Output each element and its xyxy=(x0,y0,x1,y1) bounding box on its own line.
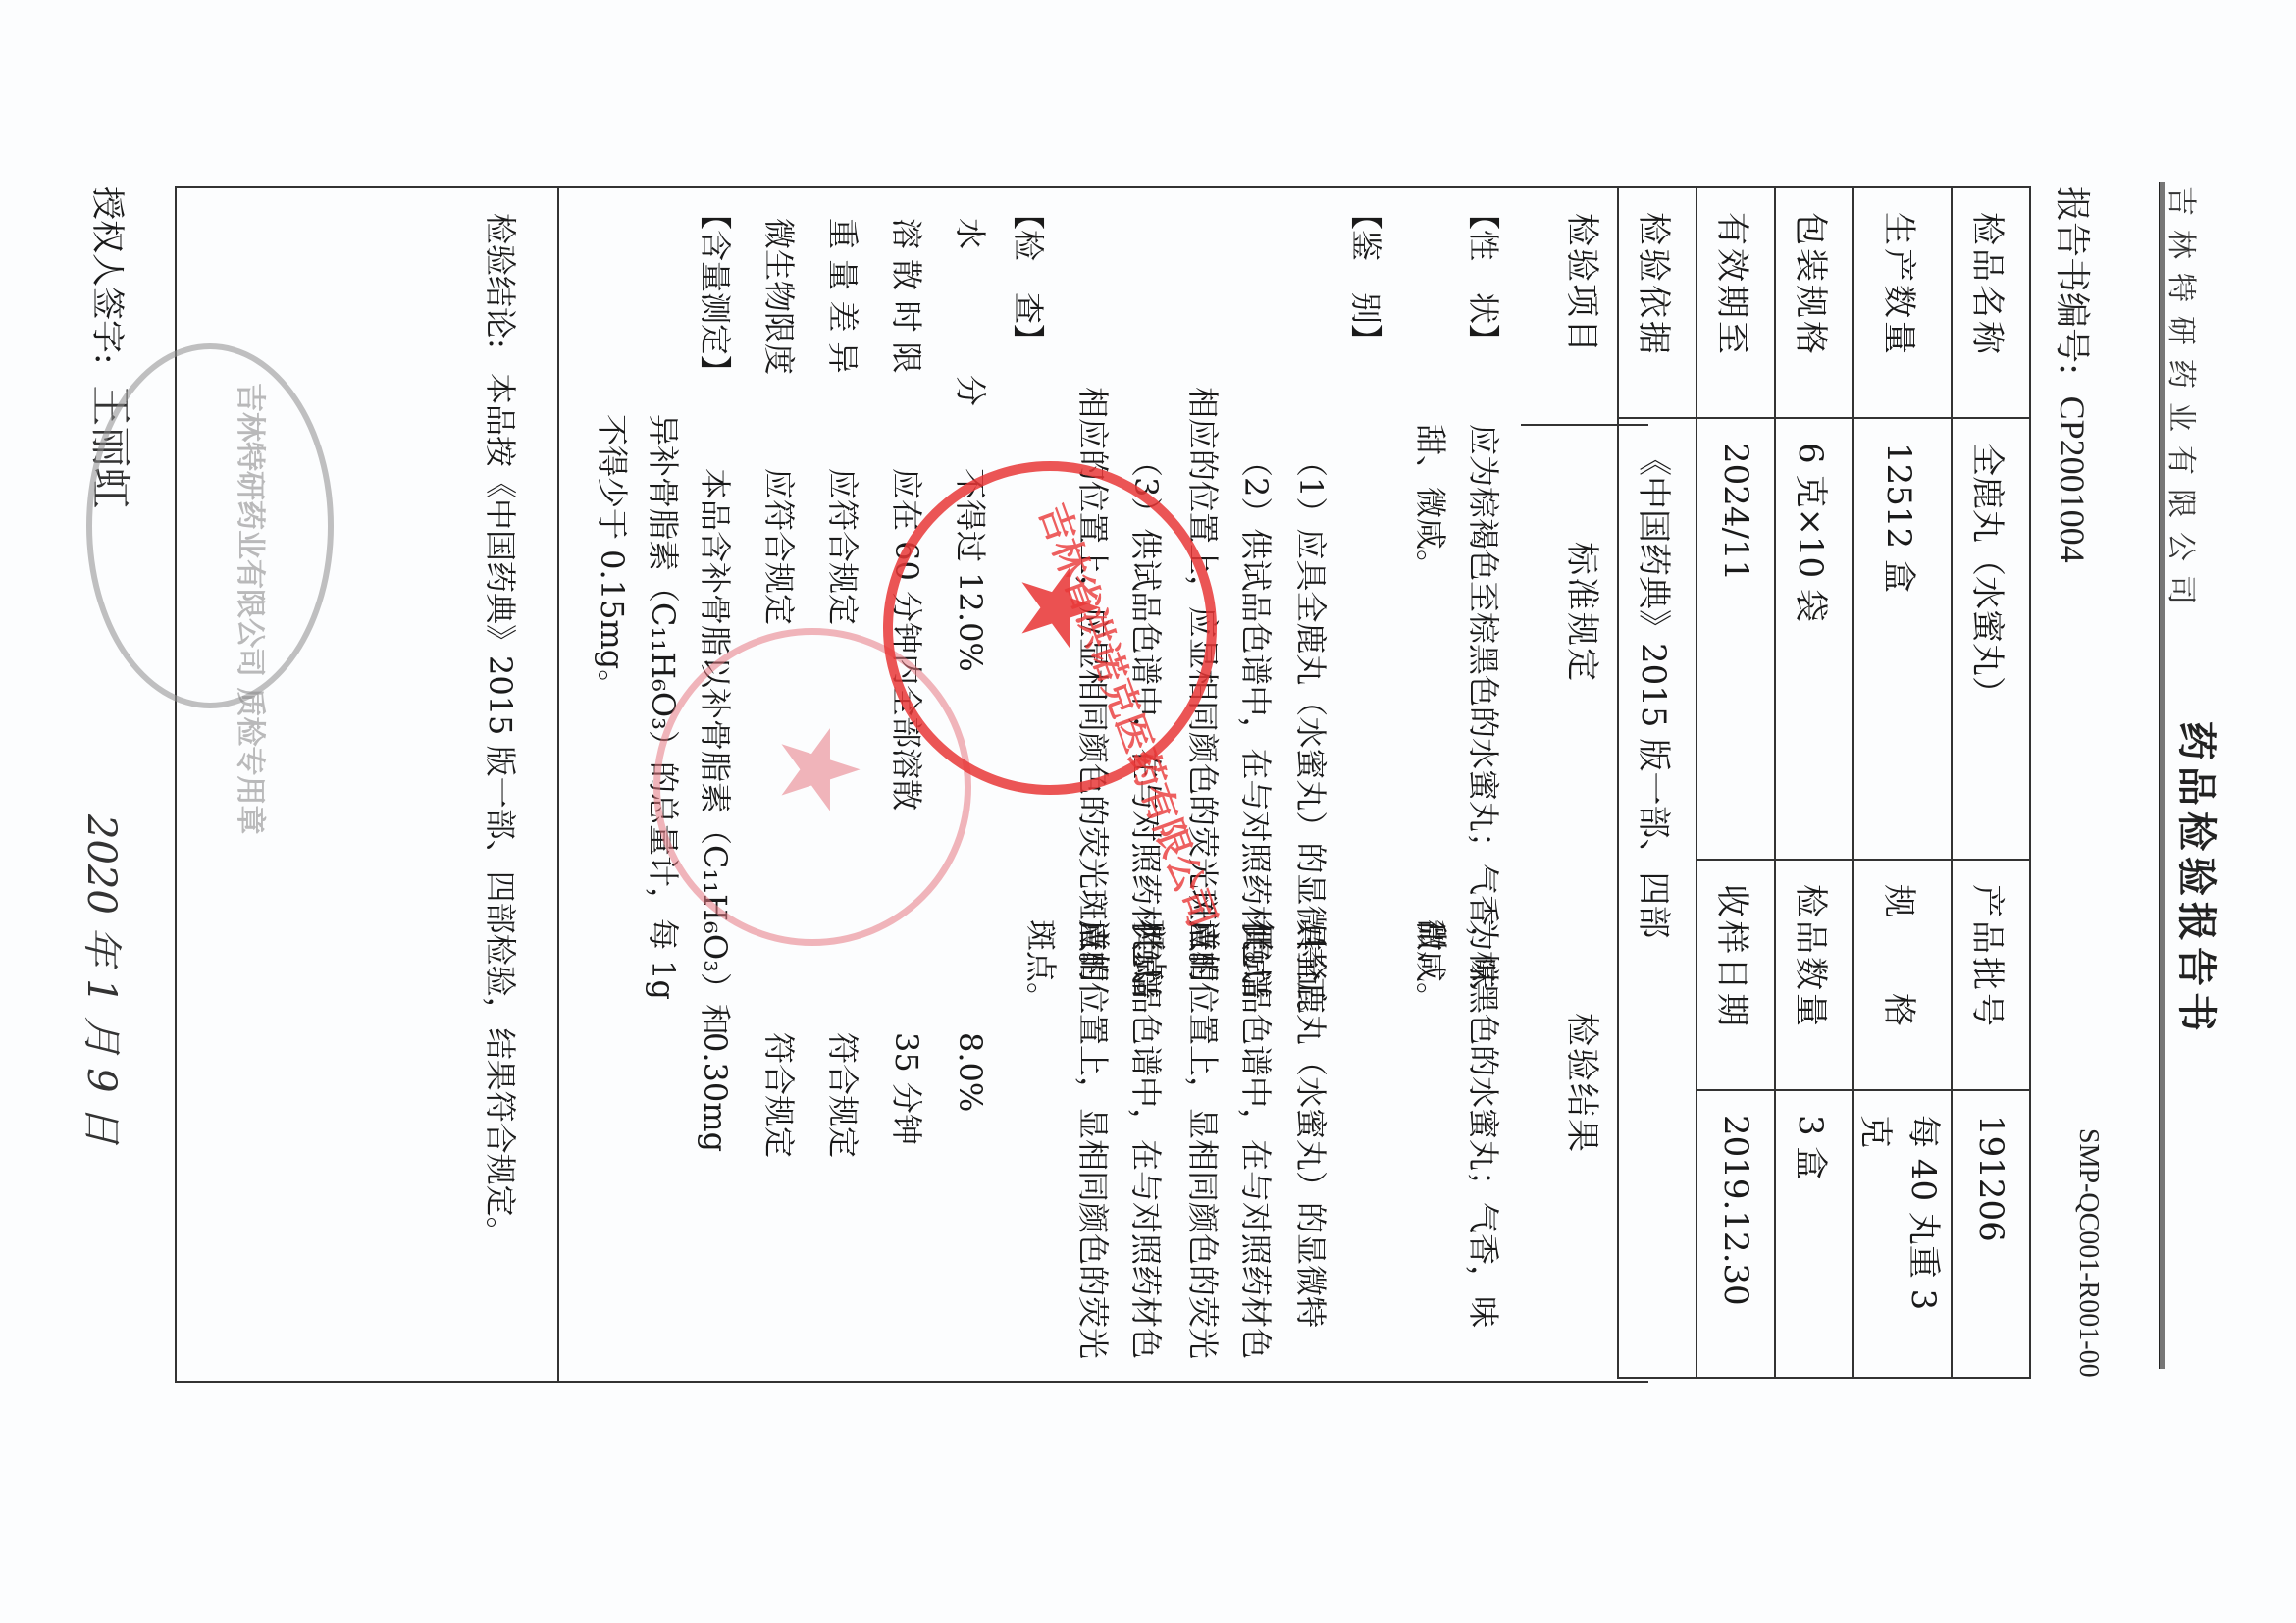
results-section: 检验项目 标准规定 检验结果 【性 状】 应为棕褐色至棕黑色的水蜜丸；气香，味 … xyxy=(175,186,1648,1383)
info-row: 有效期至 2024/11 收样日期 2019.12.30 xyxy=(1696,187,1775,1378)
handwritten-date: 2020 年 1 月 9 日 xyxy=(77,814,132,1144)
check-result: 符合规定 xyxy=(816,1032,868,1158)
check-item: 水 分 xyxy=(944,218,996,406)
conclusion-line: 检验结论: 本品按《中国药典》2015 版一部、四部检验，结果符合规定。 xyxy=(474,213,526,1248)
info-label: 检品数量 xyxy=(1775,860,1853,1090)
header-result: 检验结果 xyxy=(1561,1013,1609,1154)
standard-text: 不得少于 0.15mg。 xyxy=(586,414,638,701)
info-row: 包装规格 6 克×10 袋 检品数量 3 盒 xyxy=(1775,187,1853,1378)
inspection-report-page: 吉林特研药业有限公司 药品检验报告书 SMP-QC001-R001-00 报告书… xyxy=(0,0,2296,1623)
info-value: 12512 盒 xyxy=(1853,418,1952,860)
column-divider xyxy=(1521,424,1648,426)
standard-text: 应为棕褐色至棕黑色的水蜜丸；气香，味 xyxy=(1457,424,1509,989)
info-value: 6 克×10 袋 xyxy=(1775,418,1853,860)
check-standard: 应符合规定 xyxy=(753,468,805,625)
info-label: 包装规格 xyxy=(1775,187,1853,418)
header-standard: 标准规定 xyxy=(1561,542,1609,683)
info-label: 有效期至 xyxy=(1696,187,1775,418)
info-value: 全鹿丸（水蜜丸） xyxy=(1952,418,2030,860)
info-value: 191206 xyxy=(1952,1090,2030,1378)
check-item: 微生物限度 xyxy=(753,218,805,375)
standard-text: 本品含补骨脂以补骨脂素（C₁₁H₆O₃）和 xyxy=(689,468,741,1035)
signature: 王丽虹 xyxy=(86,385,134,508)
conclusion-text: 本品按《中国药典》2015 版一部、四部检验，结果符合规定。 xyxy=(482,373,519,1248)
document-title: 药品检验报告书 xyxy=(2171,721,2227,1037)
form-code: SMP-QC001-R001-00 xyxy=(2072,1128,2104,1378)
info-label: 检品名称 xyxy=(1952,187,2030,418)
info-label: 收样日期 xyxy=(1696,860,1775,1090)
info-row: 检品名称 全鹿丸（水蜜丸） 产品批号 191206 xyxy=(1952,187,2030,1378)
check-standard: 应符合规定 xyxy=(816,468,868,625)
check-result: 35 分钟 xyxy=(880,1032,932,1145)
info-value: 每 40 丸重 3 克 xyxy=(1853,1090,1952,1378)
standard-text: 异补骨脂素（C₁₁H₆O₃）的总量计，每 1g xyxy=(637,414,689,1000)
info-row: 生产数量 12512 盒 规 格 每 40 丸重 3 克 xyxy=(1853,187,1952,1378)
check-standard: 应在 60 分钟内全部溶散 xyxy=(880,468,932,811)
spacer xyxy=(1519,188,1521,424)
section-title-jianbie: 【鉴 别】 xyxy=(1339,198,1391,355)
section-title-jiancha: 【检 查】 xyxy=(1002,198,1054,355)
check-standard: 不得过 12.0% xyxy=(944,468,996,672)
check-result: 8.0% xyxy=(944,1032,996,1112)
conclusion-label: 检验结论: xyxy=(482,213,519,349)
result-text: 应的位置上，显相同颜色的荧光斑点。 xyxy=(1015,919,1119,1381)
content-result: 0.30mg xyxy=(689,1032,741,1152)
gray-stamp-text: 吉林特研药业有限公司 质检专用章 xyxy=(232,383,275,834)
header-item: 检验项目 xyxy=(1561,213,1609,354)
section-title-xingzhuang: 【性 状】 xyxy=(1457,198,1509,355)
header-rule xyxy=(2159,182,2165,1369)
info-value: 2024/11 xyxy=(1696,418,1775,860)
check-result: 符合规定 xyxy=(753,1032,805,1158)
product-info-table: 检品名称 全鹿丸（水蜜丸） 产品批号 191206 生产数量 12512 盒 规… xyxy=(1617,186,2031,1379)
standard-text: （2）供试品色谱中，在与对照药材色谱 xyxy=(1229,445,1281,999)
info-label: 产品批号 xyxy=(1952,860,2030,1090)
info-value: 3 盒 xyxy=(1775,1090,1853,1378)
info-label: 生产数量 xyxy=(1853,187,1952,418)
check-item: 溶 散 时 限 xyxy=(880,218,932,374)
section-title-hanliang: 【含量测定】 xyxy=(689,198,741,387)
star-icon: ★ xyxy=(765,721,873,818)
info-value: 2019.12.30 xyxy=(1696,1090,1775,1378)
signer-label: 授权人签字: xyxy=(87,186,127,364)
signer-line: 授权人签字: 王丽虹 xyxy=(83,186,142,508)
info-label: 规 格 xyxy=(1853,860,1952,1090)
report-number-label: 报告书编号: xyxy=(2052,186,2092,375)
result-text: 微咸。 xyxy=(1404,919,1456,1014)
standard-text: 甜、微咸。 xyxy=(1404,424,1456,581)
check-item: 重 量 差 异 xyxy=(816,218,868,374)
conclusion-row: 检验结论: 本品按《中国药典》2015 版一部、四部检验，结果符合规定。 xyxy=(440,188,559,1381)
report-number-value: CP2001004 xyxy=(2053,396,2092,563)
report-number: 报告书编号: CP2001004 xyxy=(2050,186,2100,563)
company-name: 吉林特研药业有限公司 xyxy=(2163,186,2206,618)
